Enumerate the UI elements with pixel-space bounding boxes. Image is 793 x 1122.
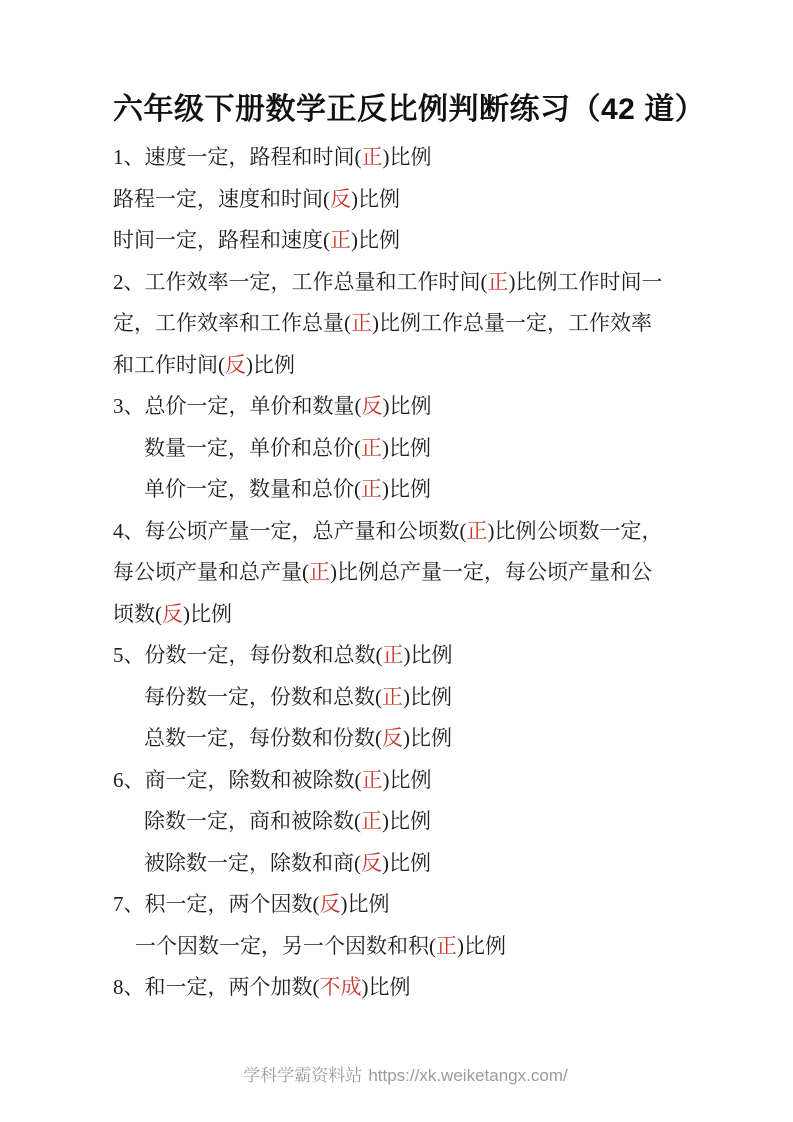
- worksheet-line-9: 单价一定，数量和总价(正)比例: [113, 469, 698, 511]
- statement-text: )比例: [403, 726, 452, 750]
- answer-text: 正: [330, 228, 351, 252]
- statement-text: )比例工作总量一定，工作效率: [372, 311, 652, 335]
- statement-text: 每公顷产量和总产量(: [113, 560, 309, 584]
- statement-text: )比例: [382, 851, 431, 875]
- statement-text: )比例总产量一定，每公顷产量和公: [330, 560, 652, 584]
- worksheet-line-7: 3、总价一定，单价和数量(反)比例: [113, 386, 698, 428]
- answer-text: 反: [330, 187, 351, 211]
- statement-text: )比例: [341, 892, 390, 916]
- answer-text: 反: [361, 851, 382, 875]
- statement-text: 定，工作效率和工作总量(: [113, 311, 351, 335]
- answer-text: 正: [361, 809, 382, 833]
- worksheet-line-2: 路程一定，速度和时间(反)比例: [113, 179, 698, 221]
- statement-text: 1、速度一定，路程和时间(: [113, 145, 362, 169]
- footer-site-name: 学科学霸资料站: [243, 1066, 362, 1085]
- statement-text: )比例: [404, 643, 453, 667]
- answer-text: 正: [351, 311, 372, 335]
- answer-text: 正: [361, 477, 382, 501]
- statement-text: 时间一定，路程和速度(: [113, 228, 330, 252]
- worksheet-line-13: 5、份数一定，每份数和总数(正)比例: [113, 635, 698, 677]
- statement-text: 8、和一定，两个加数(: [113, 975, 320, 999]
- statement-text: )比例: [362, 975, 411, 999]
- statement-text: 4、每公顷产量一定，总产量和公顷数(: [113, 519, 467, 543]
- statement-text: )比例工作时间一: [509, 270, 663, 294]
- answer-text: 正: [309, 560, 330, 584]
- statement-text: 除数一定，商和被除数(: [144, 809, 361, 833]
- worksheet-line-4: 2、工作效率一定，工作总量和工作时间(正)比例工作时间一: [113, 262, 698, 304]
- page-title: 六年级下册数学正反比例判断练习（42 道）: [113, 86, 698, 134]
- statement-text: )比例: [382, 809, 431, 833]
- statement-text: )比例: [383, 145, 432, 169]
- statement-text: 和工作时间(: [113, 353, 225, 377]
- answer-text: 反: [320, 892, 341, 916]
- worksheet-line-20: 一个因数一定，另一个因数和积(正)比例: [113, 926, 698, 968]
- worksheet-line-21: 8、和一定，两个加数(不成)比例: [113, 967, 698, 1009]
- worksheet-line-18: 被除数一定，除数和商(反)比例: [113, 843, 698, 885]
- statement-text: 2、工作效率一定，工作总量和工作时间(: [113, 270, 488, 294]
- answer-text: 反: [382, 726, 403, 750]
- statement-text: 每份数一定，份数和总数(: [144, 685, 382, 709]
- statement-text: 7、积一定，两个因数(: [113, 892, 320, 916]
- worksheet-line-5: 定，工作效率和工作总量(正)比例工作总量一定，工作效率: [113, 303, 698, 345]
- statement-text: 6、商一定，除数和被除数(: [113, 768, 362, 792]
- statement-text: 3、总价一定，单价和数量(: [113, 394, 362, 418]
- statement-text: 一个因数一定，另一个因数和积(: [135, 934, 436, 958]
- statement-text: 路程一定，速度和时间(: [113, 187, 330, 211]
- statement-text: )比例: [383, 394, 432, 418]
- statement-text: )比例: [403, 685, 452, 709]
- statement-text: )比例: [383, 768, 432, 792]
- worksheet-line-17: 除数一定，商和被除数(正)比例: [113, 801, 698, 843]
- answer-text: 正: [382, 685, 403, 709]
- statement-text: )比例: [351, 228, 400, 252]
- worksheet-line-12: 顷数(反)比例: [113, 594, 698, 636]
- answer-text: 正: [362, 145, 383, 169]
- answer-text: 反: [362, 394, 383, 418]
- statement-text: )比例: [183, 602, 232, 626]
- answer-text: 不成: [320, 975, 362, 999]
- footer-url: https://xk.weiketangx.com/: [368, 1066, 567, 1085]
- worksheet-line-1: 1、速度一定，路程和时间(正)比例: [113, 137, 698, 179]
- worksheet-body: 1、速度一定，路程和时间(正)比例 路程一定，速度和时间(反)比例 时间一定，路…: [113, 137, 698, 1009]
- statement-text: 单价一定，数量和总价(: [144, 477, 361, 501]
- statement-text: )比例: [246, 353, 295, 377]
- answer-text: 正: [436, 934, 457, 958]
- answer-text: 反: [162, 602, 183, 626]
- statement-text: 总数一定，每份数和份数(: [144, 726, 382, 750]
- answer-text: 正: [467, 519, 488, 543]
- footer-credit: 学科学霸资料站https://xk.weiketangx.com/: [113, 1066, 698, 1086]
- answer-text: 反: [225, 353, 246, 377]
- worksheet-line-15: 总数一定，每份数和份数(反)比例: [113, 718, 698, 760]
- worksheet-line-14: 每份数一定，份数和总数(正)比例: [113, 677, 698, 719]
- statement-text: 被除数一定，除数和商(: [144, 851, 361, 875]
- answer-text: 正: [383, 643, 404, 667]
- statement-text: 顷数(: [113, 602, 162, 626]
- statement-text: )比例: [382, 436, 431, 460]
- worksheet-line-8: 数量一定，单价和总价(正)比例: [113, 428, 698, 470]
- statement-text: )比例: [351, 187, 400, 211]
- worksheet-line-3: 时间一定，路程和速度(正)比例: [113, 220, 698, 262]
- answer-text: 正: [361, 436, 382, 460]
- worksheet-line-10: 4、每公顷产量一定，总产量和公顷数(正)比例公顷数一定，: [113, 511, 698, 553]
- answer-text: 正: [362, 768, 383, 792]
- statement-text: )比例: [382, 477, 431, 501]
- statement-text: )比例: [457, 934, 506, 958]
- answer-text: 正: [488, 270, 509, 294]
- worksheet-line-6: 和工作时间(反)比例: [113, 345, 698, 387]
- statement-text: 5、份数一定，每份数和总数(: [113, 643, 383, 667]
- worksheet-page: 六年级下册数学正反比例判断练习（42 道） 1、速度一定，路程和时间(正)比例 …: [0, 0, 793, 1122]
- statement-text: 数量一定，单价和总价(: [144, 436, 361, 460]
- worksheet-line-19: 7、积一定，两个因数(反)比例: [113, 884, 698, 926]
- worksheet-line-11: 每公顷产量和总产量(正)比例总产量一定，每公顷产量和公: [113, 552, 698, 594]
- statement-text: )比例公顷数一定，: [488, 519, 663, 543]
- worksheet-line-16: 6、商一定，除数和被除数(正)比例: [113, 760, 698, 802]
